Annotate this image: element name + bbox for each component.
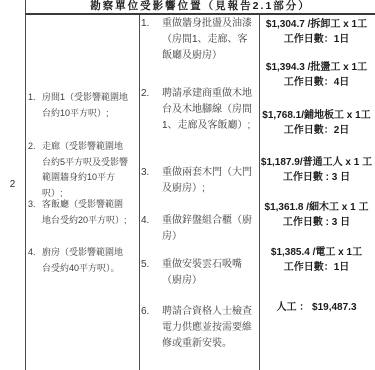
cost-entry: $1,304.7 /拆卸工 x 1工 工作日數：1日 bbox=[260, 17, 373, 47]
work-item-number: 2. bbox=[141, 86, 153, 134]
room-list-item: 1. 房間1（受影響範圍地台約10平方呎）; bbox=[28, 90, 131, 121]
room-item-number: 2. bbox=[28, 139, 38, 201]
room-item-text: 客飯廳（受影響範圍地台受約20平方呎）; bbox=[42, 197, 131, 228]
cost-entry: $1,361.8 /細木工 x 1 工 工作日數 : 3 日 bbox=[260, 200, 373, 230]
work-item-text: 聘請承建商重做木地台及木地腳線（房間1、走廊及客飯廳）; bbox=[162, 86, 253, 134]
room-item-text: 廚房（受影響範圍地台受約40平方呎）。 bbox=[42, 245, 131, 276]
room-list-item: 2. 走廊（受影響範圍地台約5平方呎及受影響範圍牆身約10平方呎）; bbox=[28, 139, 131, 201]
cost-days: 工作日數：4日 bbox=[260, 75, 373, 90]
work-list-item: 1. 重做牆身批盪及油漆（房間1、走廊、客飯廳及廚房） bbox=[141, 16, 253, 64]
cost-rate: $1,304.7 /拆卸工 x 1工 bbox=[260, 17, 373, 32]
cost-rate: $1,361.8 /細木工 x 1 工 bbox=[260, 200, 373, 215]
cost-days: 工作日數 : 3 日 bbox=[260, 215, 373, 230]
work-list-item: 3. 重做兩套木門（大門及廚房）; bbox=[141, 165, 253, 197]
room-list-item: 3. 客飯廳（受影響範圍地台受約20平方呎）; bbox=[28, 197, 131, 228]
work-item-number: 5. bbox=[141, 257, 153, 289]
work-item-text: 重做鋅盤組合櫃（廚房） bbox=[162, 213, 253, 245]
inspection-cost-table: 勘察單位受影響位置（見報告2.1部分） 2 1. 房間1（受影響範圍地台約10平… bbox=[0, 0, 375, 370]
work-list-item: 5. 重做安裝雲石吸嘴（廚房） bbox=[141, 257, 253, 289]
cost-days: 工作日數 : 3 日 bbox=[260, 170, 373, 185]
row-number: 2 bbox=[0, 179, 25, 190]
cost-entry: $1,187.9/普通工人 x 1 工 工作日數 : 3 日 bbox=[260, 155, 373, 185]
cost-days: 工作日數：1日 bbox=[260, 260, 373, 275]
room-list-item: 4. 廚房（受影響範圍地台受約40平方呎）。 bbox=[28, 245, 131, 276]
rooms-works-column-divider bbox=[139, 14, 140, 370]
work-item-number: 4. bbox=[141, 213, 153, 245]
cost-entry: $1,394.3 /批盪工 x 1工 工作日數：4日 bbox=[260, 60, 373, 90]
work-item-number: 1. bbox=[141, 16, 153, 64]
work-item-text: 聘請合資格人士檢查電力供應並按需要維修或重新安裝。 bbox=[162, 304, 253, 352]
table-header-affected-locations: 勘察單位受影響位置（見報告2.1部分） bbox=[26, 0, 375, 13]
work-list-item: 4. 重做鋅盤組合櫃（廚房） bbox=[141, 213, 253, 245]
room-item-number: 1. bbox=[28, 90, 38, 121]
room-item-number: 3. bbox=[28, 197, 38, 228]
cost-rate: $1,187.9/普通工人 x 1 工 bbox=[260, 155, 373, 170]
header-bottom-rule bbox=[25, 13, 375, 15]
room-item-number: 4. bbox=[28, 245, 38, 276]
cost-entry: $1,385.4 /電工 x 1工 工作日數：1日 bbox=[260, 245, 373, 275]
work-item-text: 重做兩套木門（大門及廚房）; bbox=[162, 165, 253, 197]
cost-rate: $1,385.4 /電工 x 1工 bbox=[260, 245, 373, 260]
cost-rate: $1,768.1/鋪地板工 x 1工 bbox=[260, 108, 373, 123]
row-number-column-divider bbox=[25, 0, 26, 370]
work-item-number: 6. bbox=[141, 304, 153, 352]
work-list-item: 6. 聘請合資格人士檢查電力供應並按需要維修或重新安裝。 bbox=[141, 304, 253, 352]
cost-days: 工作日數：2日 bbox=[260, 123, 373, 138]
room-item-text: 走廊（受影響範圍地台約5平方呎及受影響範圍牆身約10平方呎）; bbox=[42, 139, 131, 201]
work-item-number: 3. bbox=[141, 165, 153, 197]
work-list-item: 2. 聘請承建商重做木地台及木地腳線（房間1、走廊及客飯廳）; bbox=[141, 86, 253, 134]
cost-rate: $1,394.3 /批盪工 x 1工 bbox=[260, 60, 373, 75]
work-item-text: 重做牆身批盪及油漆（房間1、走廊、客飯廳及廚房） bbox=[162, 16, 253, 64]
room-item-text: 房間1（受影響範圍地台約10平方呎）; bbox=[42, 90, 131, 121]
labour-total: 人工 ： $19,487.3 bbox=[260, 298, 373, 313]
cost-entry: $1,768.1/鋪地板工 x 1工 工作日數：2日 bbox=[260, 108, 373, 138]
cost-days: 工作日數：1日 bbox=[260, 32, 373, 47]
work-item-text: 重做安裝雲石吸嘴（廚房） bbox=[162, 257, 253, 289]
